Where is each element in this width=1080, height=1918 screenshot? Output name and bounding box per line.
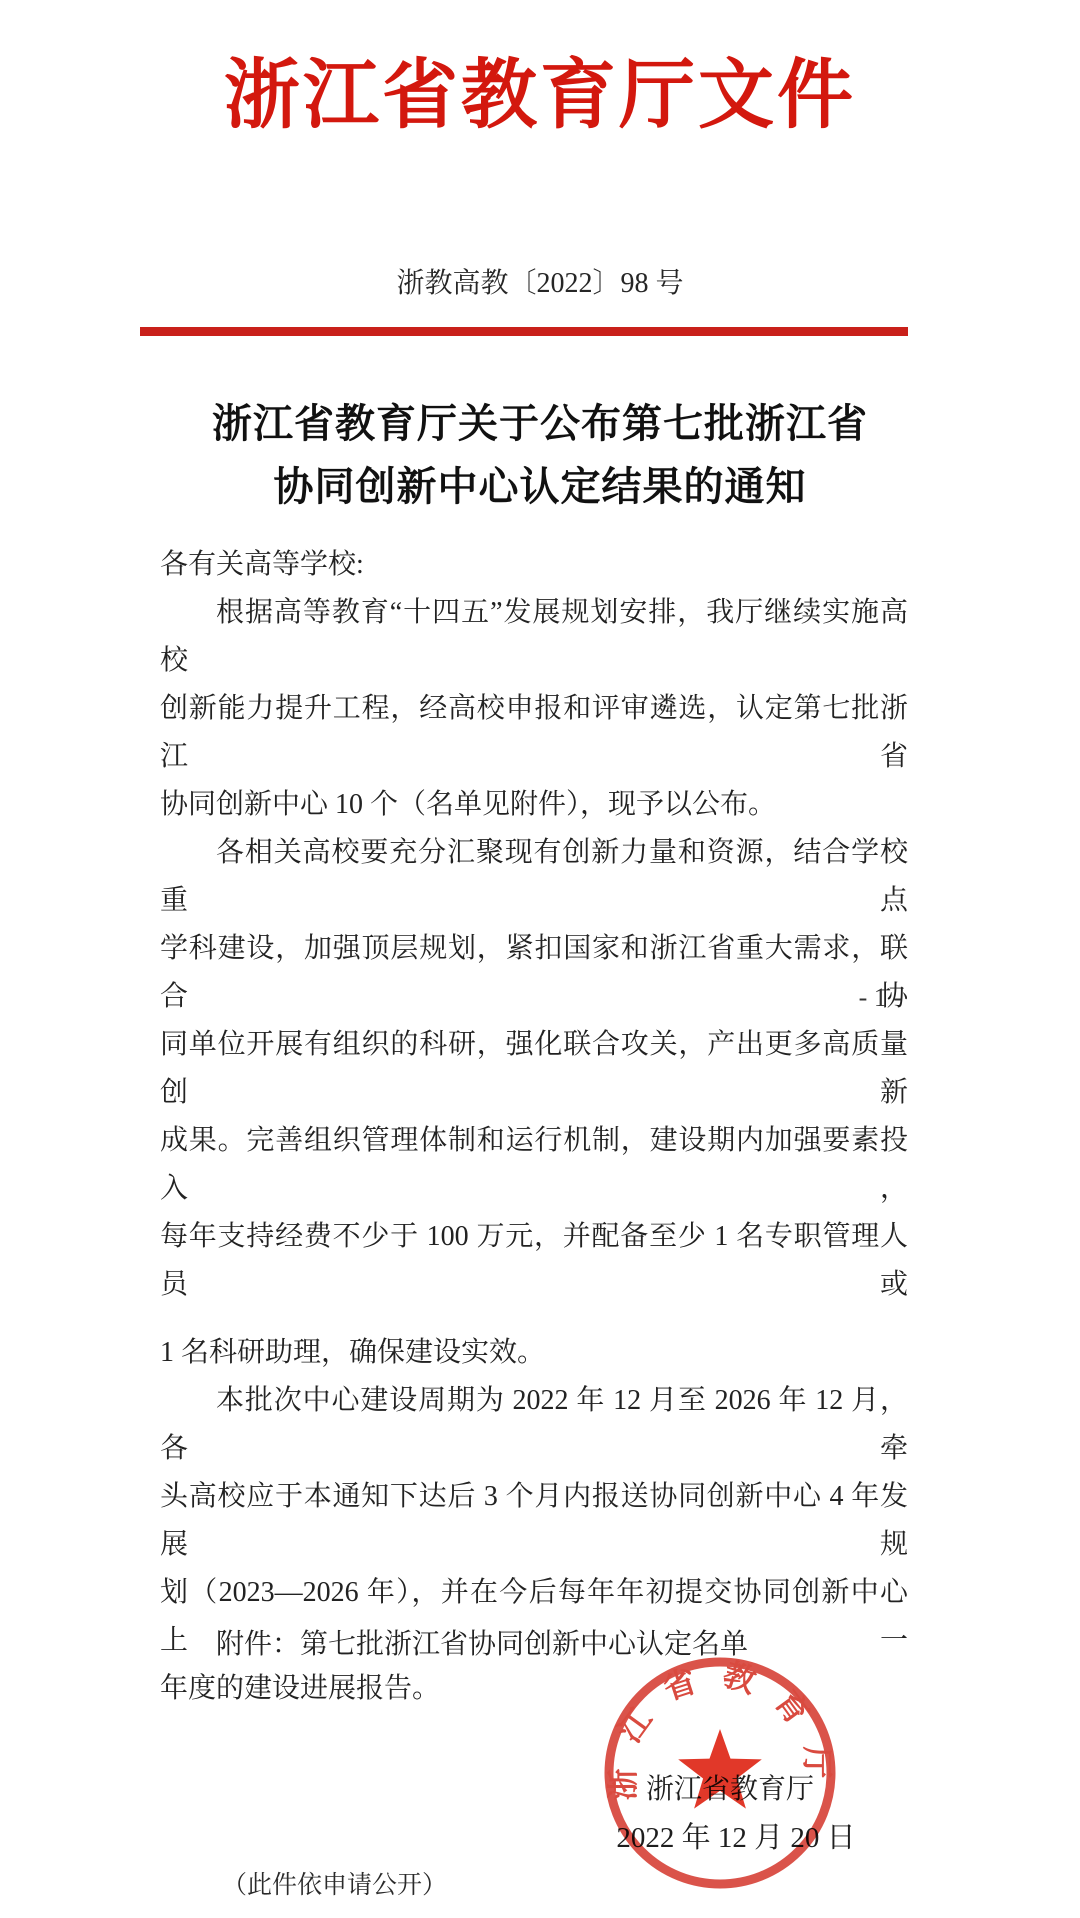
body-line: 1 名科研助理，确保建设实效。 (160, 1329, 908, 1377)
body-line: 每年支持经费不少于 100 万元，并配备至少 1 名专职管理人员或 (160, 1213, 908, 1309)
disclosure-note: （此件依申请公开） (222, 1869, 447, 1903)
official-document-page: 浙江省教育厅文件 浙教高教〔2022〕98 号 浙江省教育厅关于公布第七批浙江省… (0, 0, 1080, 1918)
body-line: 同单位开展有组织的科研，强化联合攻关，产出更多高质量创新 (160, 1021, 908, 1117)
body-line: 协同创新中心 10 个（名单见附件），现予以公布。 (160, 781, 908, 829)
page1-body: 各有关高等学校: 根据高等教育“十四五”发展规划安排，我厅继续实施高校 创新能力… (160, 541, 908, 1309)
letterhead-title: 浙江省教育厅文件 (0, 48, 1080, 144)
notice-title-line-1: 浙江省教育厅关于公布第七批浙江省 (0, 392, 1080, 455)
body-line: 各相关高校要充分汇聚现有创新力量和资源，结合学校重点 (160, 829, 908, 925)
salutation: 各有关高等学校: (160, 541, 908, 589)
notice-title-line-2: 协同创新中心认定结果的通知 (0, 455, 1080, 518)
body-line: 创新能力提升工程，经高校申报和评审遴选，认定第七批浙江省 (160, 685, 908, 781)
body-line: 头高校应于本通知下达后 3 个月内报送协同创新中心 4 年发展规 (160, 1473, 908, 1569)
body-line: 根据高等教育“十四五”发展规划安排，我厅继续实施高校 (160, 589, 908, 685)
body-line: 成果。完善组织管理体制和运行机制，建设期内加强要素投入， (160, 1117, 908, 1213)
page-number: - 1 - (160, 982, 902, 1014)
body-line: 本批次中心建设周期为 2022 年 12 月至 2026 年 12 月，各牵 (160, 1377, 908, 1473)
notice-title: 浙江省教育厅关于公布第七批浙江省 协同创新中心认定结果的通知 (0, 392, 1080, 518)
official-seal: 浙江省教育厅 (590, 1643, 850, 1903)
document-number: 浙教高教〔2022〕98 号 (0, 266, 1080, 302)
red-divider-rule (140, 327, 908, 336)
star-icon (678, 1729, 762, 1809)
